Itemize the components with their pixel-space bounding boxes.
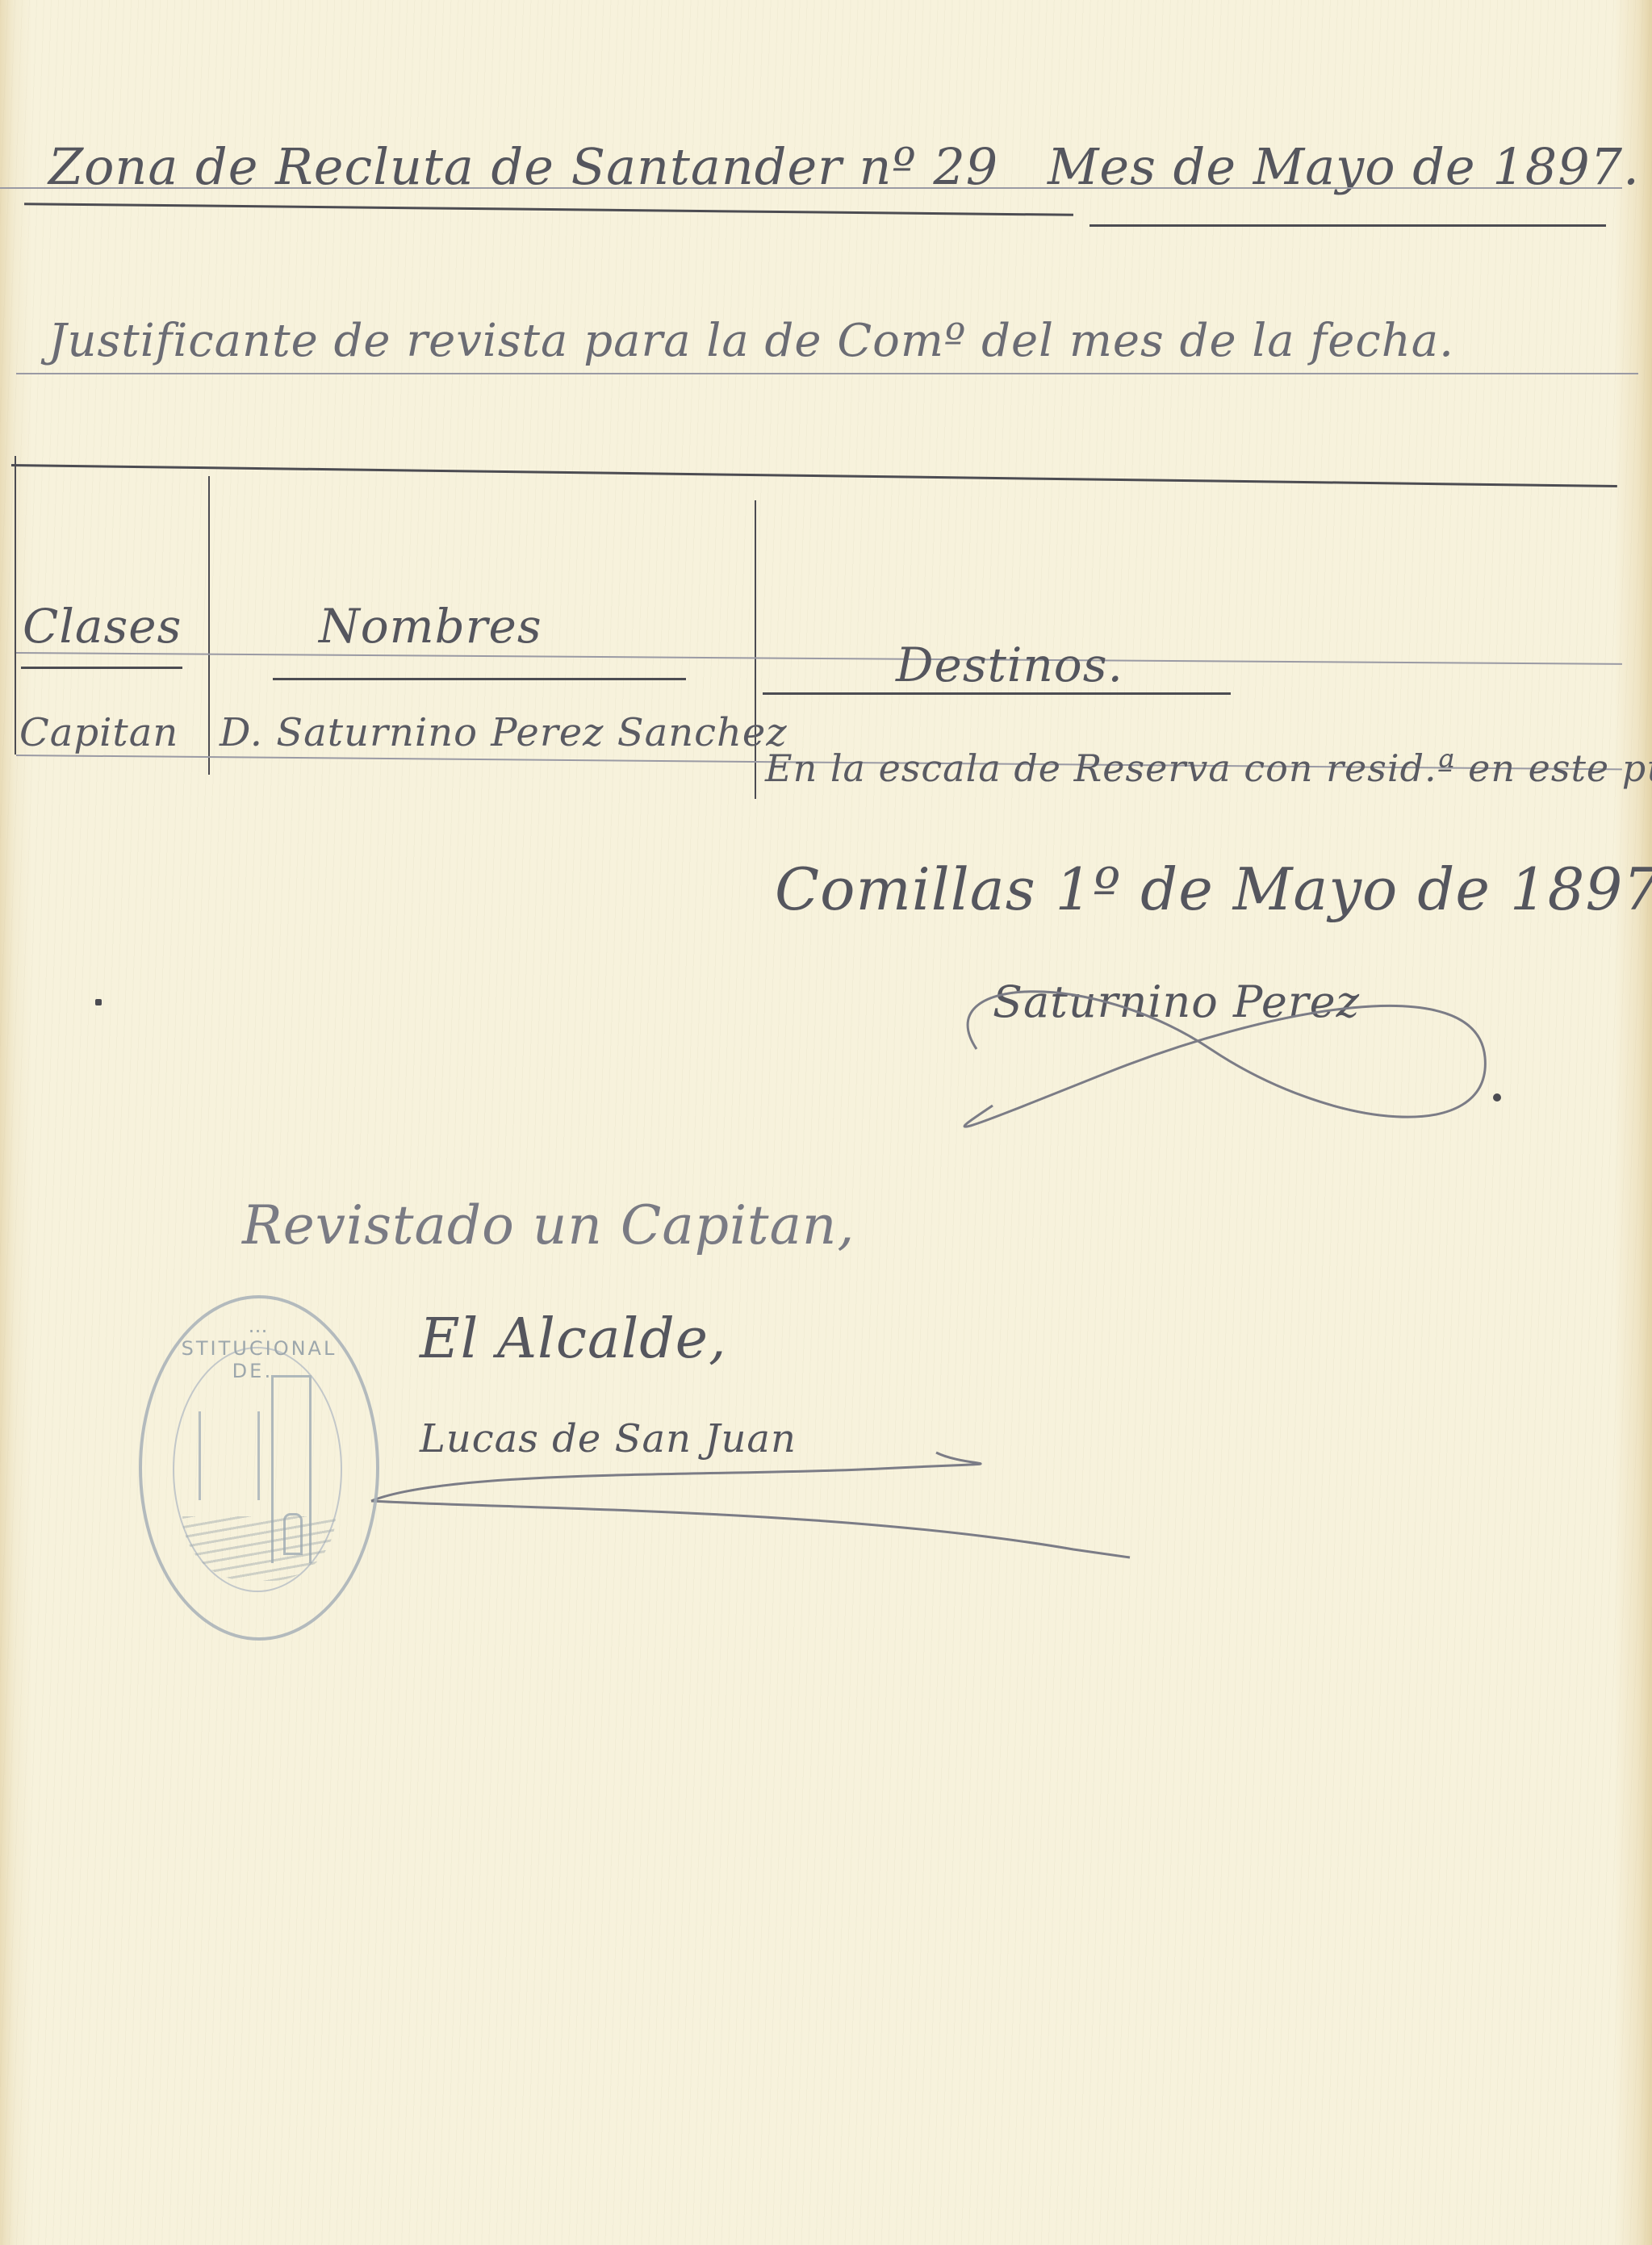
seal-ship-icon xyxy=(199,1411,260,1500)
municipal-seal: …STITUCIONAL DE… xyxy=(139,1295,379,1641)
column-header-nombres: Nombres xyxy=(319,599,542,654)
clases-underline xyxy=(21,667,182,669)
cell-clase: Capitan xyxy=(19,710,178,755)
column-header-clases: Clases xyxy=(23,599,182,654)
document-subtitle: Justificante de revista para la de Comº … xyxy=(48,315,1454,367)
subtitle-guide-line xyxy=(16,373,1638,374)
mayor-signature-flourish xyxy=(355,1420,1162,1582)
certification-alcalde-title: El Alcalde, xyxy=(420,1307,727,1371)
month-underline xyxy=(1089,224,1606,227)
table-left-border xyxy=(15,456,16,755)
seal-waves-icon xyxy=(182,1516,336,1581)
table-divider-1 xyxy=(208,476,210,775)
signature-flourish xyxy=(928,952,1509,1138)
cell-destino: En la escala de Reserva con resid.ª en e… xyxy=(765,746,1652,790)
ink-dot xyxy=(95,999,102,1005)
destinos-underline xyxy=(763,692,1231,695)
certification-revistado: Revistado un Capitan, xyxy=(242,1194,855,1256)
nombres-underline xyxy=(273,678,686,680)
title-guide-line xyxy=(0,187,1622,189)
seal-text: …STITUCIONAL DE… xyxy=(174,1315,344,1382)
column-header-destinos: Destinos. xyxy=(896,638,1123,692)
dateline: Comillas 1º de Mayo de 1897. xyxy=(775,855,1652,923)
cell-nombre: D. Saturnino Perez Sanchez xyxy=(220,710,788,755)
